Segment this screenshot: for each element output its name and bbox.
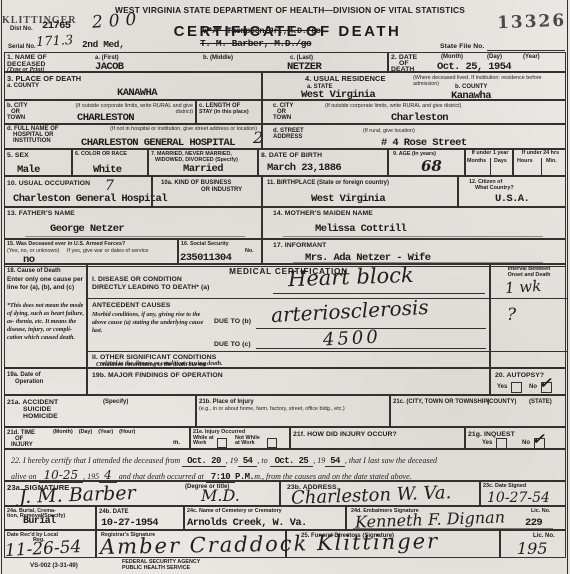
field-how-injury-occurred: 21f. HOW DID INJURY OCCUR? [290, 427, 465, 449]
date-signed-value: 10-27-54 [487, 491, 550, 505]
field-age-under-24hr: If under 24 hrs Hours Min. [513, 149, 566, 176]
asd-specify-note: (Specify) [103, 399, 128, 406]
field-date-signed: 23c. Date Signed 10-27-54 [480, 481, 566, 506]
divider-line [491, 351, 567, 352]
inquest-yes-label: Yes [482, 440, 492, 447]
field-injury-occurred: 21e. Injury Occurred While at Work Not W… [190, 427, 290, 449]
divider-line [293, 262, 543, 263]
how-injury-label: 21f. HOW DID INJURY OCCUR? [293, 431, 397, 439]
injury-city-label: 21c. (CITY, TOWN OR TOWNSHIP) [393, 399, 489, 406]
cause-note1: Enter only one cause per line for (a), (… [7, 276, 85, 292]
certify-text: m., from the causes and on the date stat… [254, 472, 411, 481]
father-value: George Netzer [50, 224, 124, 235]
time-of-injury-label3: INJURY [11, 442, 33, 449]
certify-text: , that I last saw the deceased [345, 456, 437, 465]
autopsy-no-label: No [529, 384, 537, 391]
certify-text: 22. I hereby certify that I attended the… [11, 456, 180, 465]
hospital-value: CHARLESTON GENERAL HOSPITAL [81, 138, 235, 149]
res-city-note: (If outside corporate limits, write RURA… [325, 103, 545, 109]
agency-line2: PUBLIC HEALTH SERVICE [122, 566, 190, 572]
cause-a-value: Heart block [288, 265, 414, 290]
pod-county-label: a. COUNTY [7, 83, 39, 90]
serial-typed-note: 2nd Med, [82, 40, 124, 50]
certify-text: and that death occurred at [119, 472, 204, 481]
divider-line [1, 0, 2, 574]
field-injury-city: 21c. (CITY, TOWN OR TOWNSHIP) (COUNTY) (… [390, 395, 566, 427]
not-while-at-work-label2: at Work [235, 441, 255, 447]
dist-no-label: Dist No. [10, 26, 33, 33]
field-funeral-director-lic: Lic. No. 195 [500, 530, 566, 558]
field-age-under-1yr: If under 1 year Months Days [465, 149, 513, 176]
autopsy-yes-checkbox [511, 382, 522, 393]
attended-from-value: Oct. 20 [182, 456, 226, 467]
autopsy-no-checkmark: ✓ [539, 376, 552, 391]
business-label2: OR INDUSTRY [201, 187, 242, 194]
field-cause-of-death-sidebar: 18. Cause of Death Enter only one cause … [4, 264, 87, 368]
middle-name-label: b. (Middle) [203, 55, 233, 62]
physician-degree-value: M.D. [201, 488, 240, 504]
dist-no-value: 21765 [42, 21, 71, 32]
overprint-correction-2: T. M. Barber, M.D./go [200, 39, 311, 49]
operation-date-label2: Operation [15, 379, 43, 386]
street-value: # 4 Rose Street [381, 138, 467, 149]
divider-line [256, 348, 486, 349]
res-city-label3: TOWN [273, 115, 291, 122]
field-street-address: d. STREET ADDRESS (If rural, give locati… [262, 124, 566, 149]
certify-text: , 19 [313, 456, 325, 465]
field-sex: 5. SEX Male [4, 149, 72, 176]
ssn-no-label: No. [245, 249, 254, 255]
field-race: 6. COLOR OR RACE White [72, 149, 148, 176]
dob-value: March 23,1886 [267, 163, 341, 174]
field-marital-status: 7. MARRIED, NEVER MARRIED, WIDOWED, DIVO… [148, 149, 258, 176]
field-citizen: 12. Citizen of What Country? U.S.A. [458, 176, 566, 207]
birthplace-label: 11. BIRTHPLACE (State or foreign country… [267, 180, 389, 187]
inquest-no-checkmark: ✓ [532, 432, 545, 447]
antecedent-note: Morbid conditions, if any, giving rise t… [92, 311, 210, 336]
autopsy-yes-label: Yes [497, 384, 507, 391]
embalmer-lic-label: Lic. No. [531, 509, 550, 515]
street-note: (If rural, give location) [363, 128, 415, 134]
certify-text: , to [257, 456, 267, 465]
inquest-no-label: No [522, 440, 530, 447]
divider-line [490, 158, 491, 176]
attended-to-year: 54 [325, 456, 345, 467]
operation-findings-label: 19b. MAJOR FINDINGS OF OPERATION [92, 372, 223, 380]
length-of-stay-label2: STAY (in this place) [199, 110, 249, 116]
under-1yr-label: If under 1 year [468, 151, 512, 157]
hospital-label3: INSTITUTION [13, 138, 51, 145]
autopsy-label: 20. AUTOPSY? [495, 372, 544, 380]
pod-county-value: KANAWHA [117, 88, 157, 99]
field-burial: 24a. Burial, Crema- tion, Removal(Specif… [4, 506, 96, 530]
field-place-of-injury: 21b. Place of Injury (e.g., in or about … [196, 395, 390, 427]
field-usual-residence: 4. USUAL RESIDENCE (Where deceased lived… [262, 72, 566, 100]
divider-line [88, 351, 491, 352]
race-label: 6. COLOR OR RACE [75, 152, 127, 158]
fd-lic-value: 195 [517, 541, 548, 557]
place-of-injury-label: 21b. Place of Injury [199, 399, 254, 406]
physician-address-value: Charleston W. Va. [291, 484, 452, 508]
field-birthplace: 11. BIRTHPLACE (State or foreign country… [262, 176, 458, 207]
citizen-label2: What Country? [475, 186, 514, 192]
due-to-c-label: DUE TO (c) [214, 341, 251, 349]
divider-line [25, 236, 245, 237]
field-date-of-death: 2. DATE OF DEATH (Month) (Day) (Year) Oc… [388, 52, 566, 72]
burial-value: Burial [23, 517, 55, 527]
cause-note2: *This does not mean the mode of dying, s… [7, 303, 85, 343]
residence-note: (Where deceased lived. If institution: r… [413, 75, 563, 87]
not-while-at-work-checkbox [267, 438, 277, 448]
field-accident-suicide-homicide: 21a. ACCIDENT SUICIDE HOMICIDE (Specify) [4, 395, 196, 427]
certify-text: , 19 [226, 456, 238, 465]
overprint-correction-1: W*A* Thompson,Jr.,M.D./go [203, 27, 321, 36]
disease-label1: I. DISEASE OR CONDITION [92, 276, 182, 284]
sex-value: Male [17, 165, 40, 176]
field-certify-statement: 22. I hereby certify that I attended the… [4, 449, 566, 481]
field-time-of-injury: 21d. TIME OF INJURY (Month) (Day) (Year)… [4, 427, 190, 449]
place-of-injury-note: (e.g., in or about home, farm, factory, … [199, 406, 385, 412]
cause-c-value: 4500 [323, 328, 382, 349]
res-city-value: Charleston [391, 113, 448, 124]
state-file-number-stamp: 13326 [497, 11, 567, 33]
field-physician-signature: 23a. SIGNATURE (Degree or title) J. M. B… [4, 481, 280, 506]
field-kind-of-business: 10a. KIND OF BUSINESS OR INDUSTRY [152, 176, 262, 207]
divider-line [487, 50, 565, 51]
while-at-work-checkbox [217, 438, 227, 448]
pod-city-value: CHARLESTON [77, 113, 134, 124]
sex-label: 5. SEX [7, 152, 29, 160]
cause-b-value: arteriosclerosis [271, 297, 429, 325]
medical-certification-area: MEDICAL CERTIFICATION I. DISEASE OR COND… [87, 264, 490, 368]
time-of-injury-m: m. [173, 440, 180, 447]
death-certificate-scan: KLITTINGER Dist No. 21765 200 WEST VIRGI… [0, 0, 570, 574]
occupation-handwritten-mark: 7 [105, 179, 114, 193]
registrar-signature-value: Amber Craddock Klittinger [100, 531, 439, 558]
certify-line1: 22. I hereby certify that I attended the… [11, 456, 437, 466]
dod-value: Oct. 25, 1954 [437, 62, 511, 73]
interval-b-value: ? [507, 307, 516, 324]
field-date-received: Date Rec'd by Local Reg. 11-26-54 [4, 530, 96, 558]
field-embalmer: 24d. Embalmers Signature Lic. No. Kennet… [346, 506, 566, 530]
armed-forces-note2: If yes, give war or dates of service [67, 248, 149, 254]
mother-value: Melissa Cottrill [315, 224, 406, 235]
attended-to-value: Oct. 25 [270, 456, 314, 467]
ssn-label: 16. Social Security [181, 242, 229, 248]
field-operation-findings: 19b. MAJOR FINDINGS OF OPERATION [87, 368, 490, 395]
field-mother-name: 14. MOTHER'S MAIDEN NAME Melissa Cottril… [262, 207, 566, 239]
embalmer-lic-value: 229 [525, 518, 542, 529]
divider-line [88, 298, 491, 299]
hours-label: Hours [517, 159, 533, 165]
street-label2: ADDRESS [273, 134, 302, 141]
months-label: Months [467, 159, 486, 165]
occupation-label: 10. USUAL OCCUPATION [7, 180, 90, 188]
min-label: Min. [546, 159, 557, 165]
informant-label: 17. INFORMANT [273, 242, 326, 250]
ssn-value: 235011304 [180, 253, 231, 264]
field-residence-city: c. CITY OR TOWN (If outside corporate li… [262, 100, 566, 124]
divider-line [353, 528, 553, 529]
injury-county-label: (COUNTY) [487, 399, 516, 406]
marital-value: Married [183, 164, 223, 175]
field-place-of-death: 3. PLACE OF DEATH a. COUNTY KANAWHA [4, 72, 262, 100]
department-title: WEST VIRGINIA STATE DEPARTMENT OF HEALTH… [55, 5, 525, 15]
age-value: 68 [421, 159, 442, 174]
field-hospital-name: d. FULL NAME OF HOSPITAL OR INSTITUTION … [4, 124, 262, 149]
burial-date-value: 10-27-1954 [101, 518, 158, 529]
serial-no-handwritten: 171.3 [36, 34, 74, 49]
field-armed-forces: 15. Was Deceased ever in U.S. Armed Forc… [4, 239, 178, 264]
certify-text: alive on [11, 472, 37, 481]
dod-day-label: (Day) [487, 54, 502, 61]
disease-label2: DIRECTLY LEADING TO DEATH* (a) [92, 284, 210, 292]
physician-signature-value: J. M. Barber [19, 484, 136, 507]
days-label: Days [494, 159, 507, 165]
field-date-of-operation: 19a. Date of Operation [4, 368, 87, 395]
antecedent-label: ANTECEDENT CAUSES [92, 302, 170, 310]
field-autopsy: 20. AUTOPSY? Yes No ✓ [490, 368, 566, 395]
injury-state-label: (STATE) [529, 399, 552, 406]
attended-from-year: 54 [238, 456, 258, 467]
hospital-note: (If not in hospital or institution, give… [97, 126, 257, 132]
asd-label3: HOMICIDE [23, 413, 58, 421]
dod-year-label: (Year) [523, 54, 540, 61]
field-burial-date: 24b. DATE 10-27-1954 [96, 506, 184, 530]
field-occupation: 10. USUAL OCCUPATION 7 Charleston Genera… [4, 176, 152, 207]
birthplace-value: West Virginia [311, 194, 385, 205]
field-date-of-birth: 8. DATE OF BIRTH March 23,1886 [258, 149, 388, 176]
divider-line [567, 0, 568, 574]
inquest-label: 21g. INQUEST [468, 431, 515, 439]
residence-state-value: West Virginia [301, 90, 375, 101]
field-name-of-deceased: 1. NAME OF DECEASED (Type or Print) a. (… [4, 52, 388, 72]
form-number: VS-002 (3-31-49) [30, 562, 78, 569]
citizen-value: U.S.A. [495, 194, 529, 205]
field-age: 9. AGE (In years) 68 [388, 149, 465, 176]
first-name-value: JACOB [95, 62, 124, 73]
last-name-value: NETZER [287, 62, 321, 73]
state-file-no-label: State File No. [440, 43, 484, 51]
occupation-value: Charleston General Hospital [13, 194, 167, 205]
interval-column: Interval Between Onset and Death 1 wk ? [490, 264, 566, 368]
field-informant: 17. INFORMANT Mrs. Ada Netzer - Wife [262, 239, 566, 264]
certify-text: , 195 [83, 472, 99, 481]
divider-line [541, 158, 542, 176]
due-to-b-label: DUE TO (b) [214, 318, 251, 326]
burial-date-label: 24b. DATE [99, 509, 129, 516]
cemetery-value: Arnolds Creek, W. Va. [187, 518, 307, 529]
dob-label: 8. DATE OF BIRTH [261, 152, 322, 160]
race-value: White [93, 165, 122, 176]
divider-line [491, 298, 567, 299]
divider-line [283, 236, 543, 237]
under-24hr-label: If under 24 hrs [516, 151, 565, 157]
pod-city-label3: TOWN [7, 115, 25, 122]
inquest-yes-checkbox [496, 438, 507, 449]
field-physician-address: 23b. ADDRESS Charleston W. Va. [280, 481, 480, 506]
field-inquest: 21g. INQUEST Yes No ✓ [465, 427, 566, 449]
business-label: 10a. KIND OF BUSINESS [161, 180, 231, 187]
cemetery-label: 24c. Name of Cemetery or Crematory [187, 509, 282, 515]
dod-month-label: (Month) [441, 54, 463, 61]
cause-label: 18. Cause of Death [7, 268, 61, 275]
field-pod-city: b. CITY OR TOWN (If outside corporate li… [4, 100, 196, 124]
serial-no-label: Serial No. [8, 44, 36, 51]
date-received-value: 11-26-54 [5, 539, 82, 560]
field-cemetery: 24c. Name of Cemetery or Crematory Arnol… [184, 506, 346, 530]
field-father-name: 13. FATHER'S NAME George Netzer [4, 207, 262, 239]
operation-date-label: 19a. Date of [7, 372, 41, 379]
interval-a-value: 1 wk [505, 279, 542, 296]
residence-label: 4. USUAL RESIDENCE [305, 75, 386, 84]
mother-label: 14. MOTHER'S MAIDEN NAME [273, 210, 373, 218]
field-ssn: 16. Social Security No. 235011304 [178, 239, 262, 264]
father-label: 13. FATHER'S NAME [7, 210, 75, 218]
field-length-of-stay: c. LENGTH OF STAY (in this place) [196, 100, 262, 124]
time-of-injury-columns: (Month) (Day) (Year) (Hour) [53, 430, 135, 436]
while-at-work-label2: Work [193, 441, 206, 447]
divider-line [273, 293, 485, 294]
